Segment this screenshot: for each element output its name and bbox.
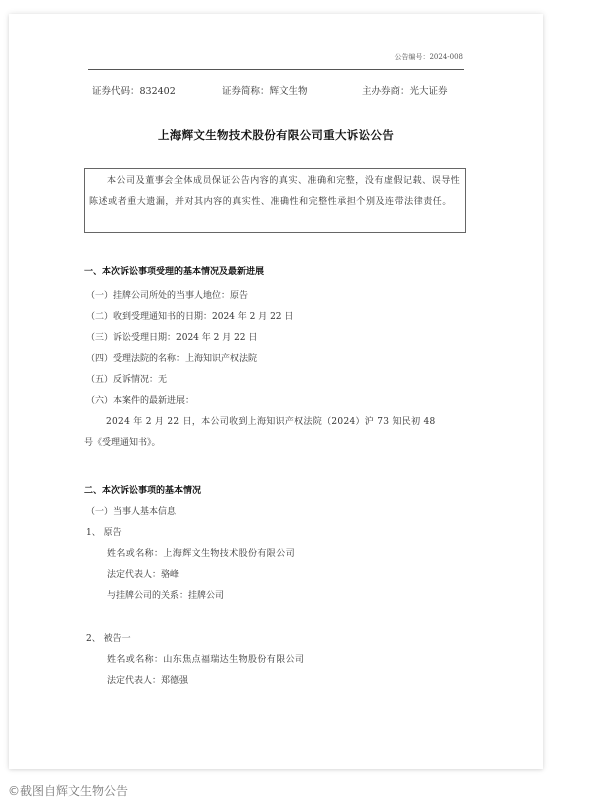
defendant-legal-rep: 法定代表人：郑德强 — [107, 673, 188, 686]
announcement-number: 公告编号：2024-008 — [394, 52, 463, 62]
section-1-item: （六）本案件的最新进展： — [86, 393, 194, 406]
section-1-heading: 一、本次诉讼事项受理的基本情况及最新进展 — [84, 264, 264, 277]
plaintiff-legal-rep: 法定代表人：骆峰 — [107, 567, 179, 580]
progress-text-cont: 号《受理通知书》。 — [84, 435, 161, 448]
defendant-name: 姓名或名称：山东焦点福瑞达生物股份有限公司 — [107, 652, 304, 665]
progress-text: 2024 年 2 月 22 日，本公司收到上海知识产权法院（2024）沪 73 … — [106, 414, 436, 427]
section-1-item: （一）挂牌公司所处的当事人地位：原告 — [86, 288, 248, 301]
section-1-item: （二）收到受理通知书的日期：2024 年 2 月 22 日 — [86, 309, 293, 322]
parties-subheading: （一）当事人基本信息 — [86, 504, 176, 517]
plaintiff-label: 1、 原告 — [86, 525, 122, 538]
plaintiff-relation: 与挂牌公司的关系：挂牌公司 — [107, 588, 224, 601]
section-1-item: （五）反诉情况：无 — [86, 372, 167, 385]
defendant-label: 2、 被告一 — [86, 631, 131, 644]
image-caption: ©截图自辉文生物公告 — [8, 782, 128, 799]
stock-abbreviation: 证券简称：辉文生物 — [222, 83, 308, 97]
plaintiff-name: 姓名或名称：上海辉文生物技术股份有限公司 — [107, 546, 295, 559]
document-page: 公告编号：2024-008 证券代码：832402 证券简称：辉文生物 主办券商… — [9, 14, 543, 769]
section-1-item: （四）受理法院的名称：上海知识产权法院 — [86, 351, 257, 364]
section-2-heading: 二、本次诉讼事项的基本情况 — [84, 483, 201, 496]
section-1-item: （三）诉讼受理日期：2024 年 2 月 22 日 — [86, 330, 257, 343]
stock-code: 证券代码：832402 — [92, 83, 176, 97]
document-title: 上海辉文生物技术股份有限公司重大诉讼公告 — [9, 127, 543, 143]
disclaimer-text: 本公司及董事会全体成员保证公告内容的真实、准确和完整，没有虚假记载、误导性陈述或… — [85, 169, 465, 212]
disclaimer-box: 本公司及董事会全体成员保证公告内容的真实、准确和完整，没有虚假记载、误导性陈述或… — [84, 168, 466, 233]
sponsor-broker: 主办券商：光大证券 — [362, 83, 448, 97]
header-rule — [88, 69, 464, 70]
